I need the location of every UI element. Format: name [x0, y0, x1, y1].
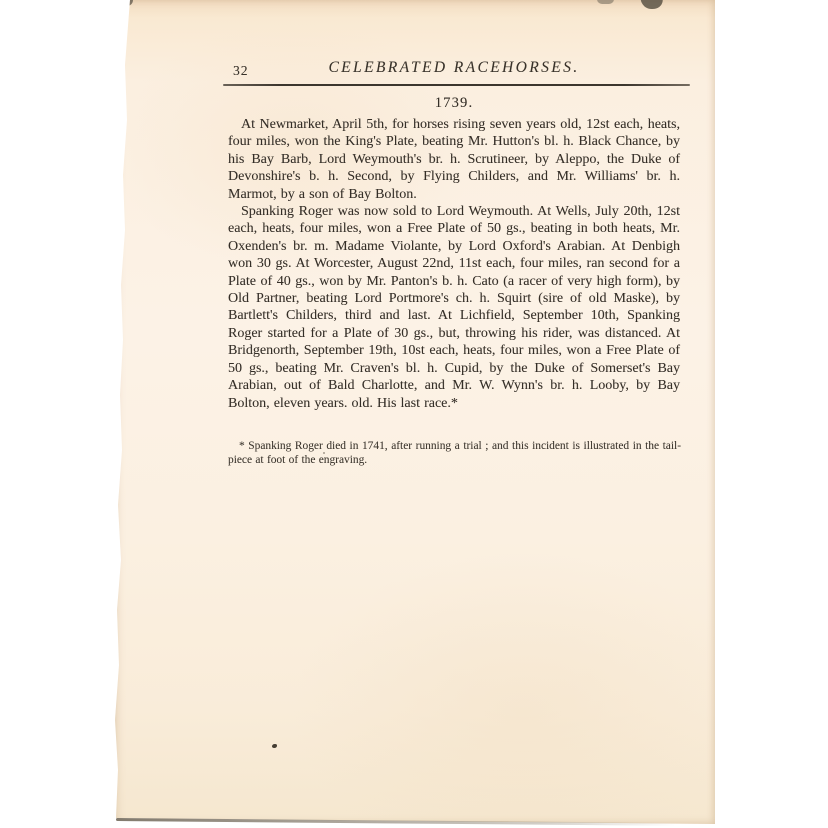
paper-stain-top-left [120, 0, 133, 6]
section-heading-year: 1739. [228, 95, 680, 112]
scanned-page-background: 32 CELEBRATED RACEHORSES. 1739. At Newma… [0, 0, 828, 828]
footnote: * Spanking Roger died in 1741, after run… [228, 439, 681, 467]
body-paragraph-2: Spanking Roger was now sold to Lord Weym… [228, 203, 680, 412]
book-page: 32 CELEBRATED RACEHORSES. 1739. At Newma… [114, 0, 715, 826]
header-rule [223, 84, 690, 86]
running-header-title: CELEBRATED RACEHORSES. [226, 59, 682, 77]
body-paragraph-1: At Newmarket, April 5th, for horses risi… [228, 116, 680, 203]
paper-stain-top-right [641, 0, 664, 10]
ink-speck [272, 744, 277, 748]
body-text: At Newmarket, April 5th, for horses risi… [228, 116, 680, 412]
paper-stain-top-center [597, 0, 614, 4]
